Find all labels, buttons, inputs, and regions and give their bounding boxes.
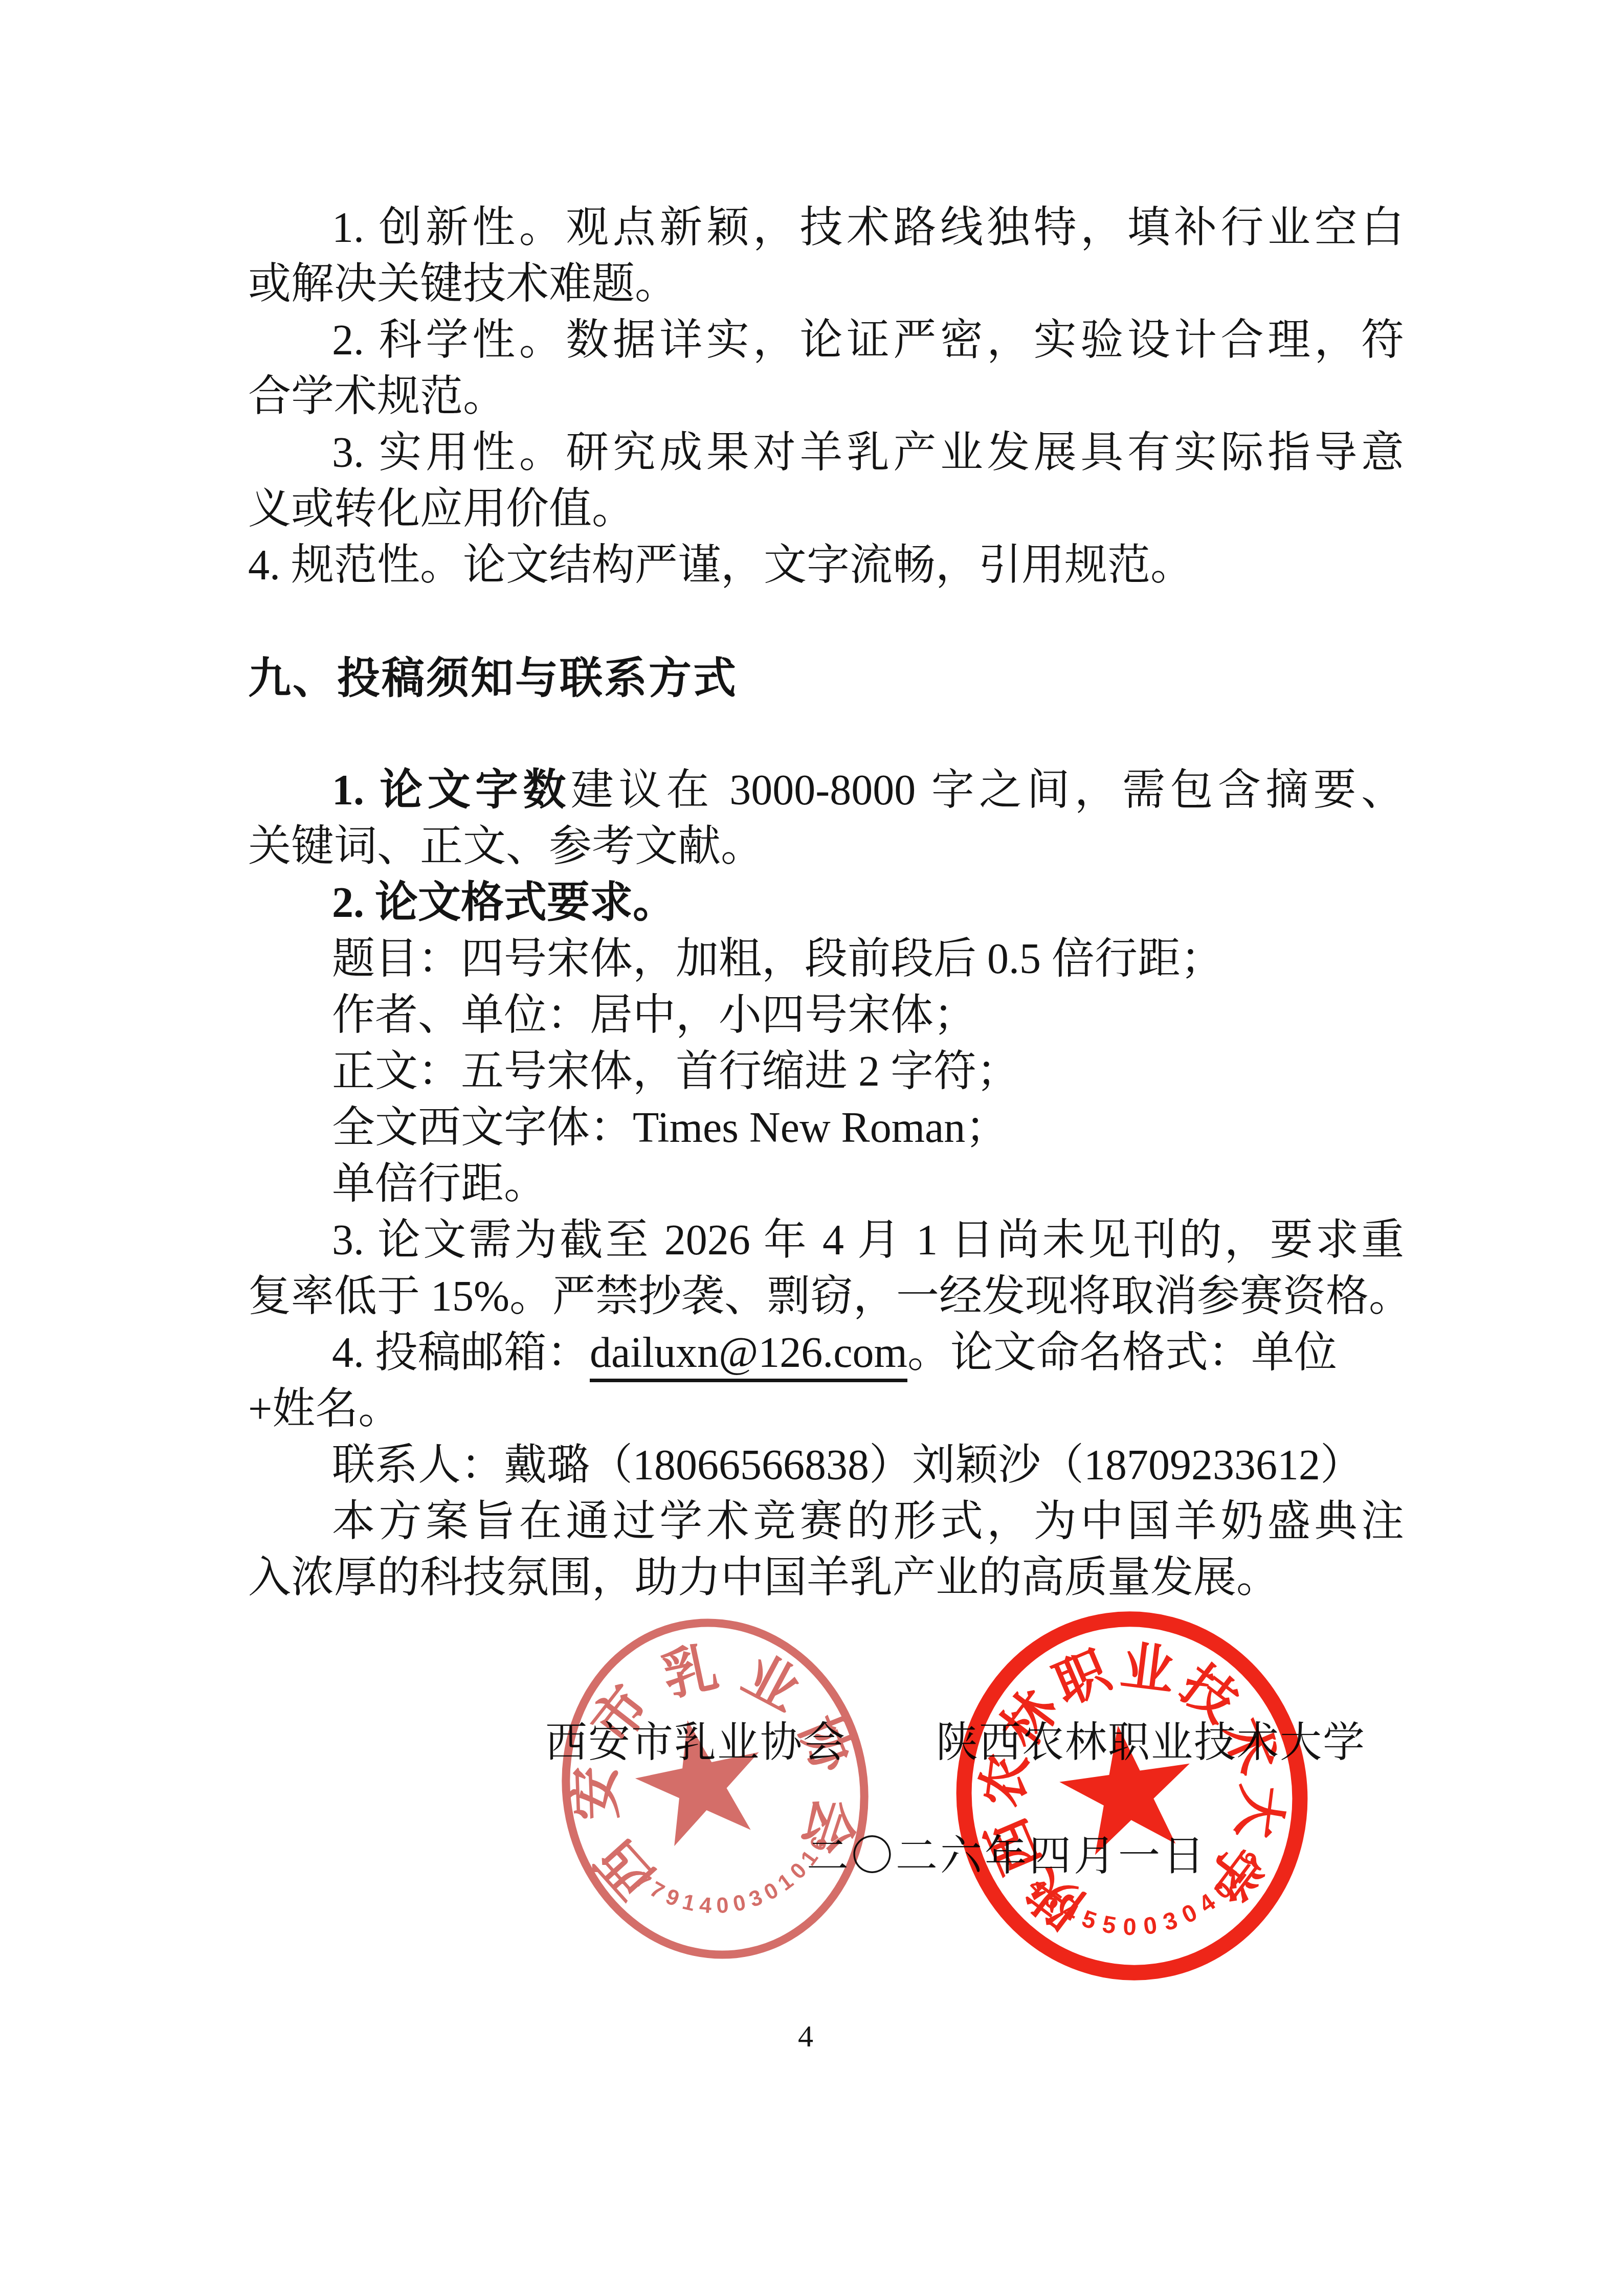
svg-text:0: 0 xyxy=(716,1893,729,1918)
notice-line-3: 2. 论文格式要求。 xyxy=(248,875,1404,931)
notice-line-2: 关键词、正文、参考文献。 xyxy=(248,819,1404,875)
notice-line-11-post: 。论文命名格式：单位 xyxy=(907,1329,1337,1377)
svg-text:安: 安 xyxy=(564,1765,627,1821)
criteria-line-6: 义或转化应用价值。 xyxy=(248,481,1404,537)
criteria-line-3: 2. 科学性。数据详实，论证严密，实验设计合理，符 xyxy=(248,312,1404,369)
notice-line-10: 复率低于 15%。严禁抄袭、剽窃，一经发现将取消参赛资格。 xyxy=(248,1269,1404,1325)
document-text-block: 1. 创新性。观点新颖，技术路线独特，填补行业空白 或解决关键技术难题。 2. … xyxy=(248,200,1404,1606)
notice-line-1-rest: 建议在 3000-8000 字之间，需包含摘要、 xyxy=(571,767,1404,814)
submission-email: dailuxn@126.com xyxy=(590,1329,907,1382)
notice-line-4: 题目：四号宋体，加粗，段前段后 0.5 倍行距； xyxy=(248,931,1404,987)
svg-text:5: 5 xyxy=(1100,1910,1118,1939)
svg-text:0: 0 xyxy=(1123,1913,1137,1940)
stamp-shaanxi-agriculture-forestry-university: 陕西农林职业技术大学 6104030055454 xyxy=(908,1566,1355,2025)
criteria-line-4: 合学术规范。 xyxy=(248,369,1404,425)
notice-line-11-pre: 4. 投稿邮箱： xyxy=(332,1329,590,1377)
notice-line-1-bold: 1. 论文字数 xyxy=(332,767,571,814)
notice-line-7: 全文西文字体：Times New Roman； xyxy=(248,1100,1404,1156)
svg-text:0: 0 xyxy=(1177,1898,1202,1928)
criteria-line-7: 4. 规范性。论文结构严谨，文字流畅，引用规范。 xyxy=(248,537,1404,594)
notice-line-1: 1. 论文字数建议在 3000-8000 字之间，需包含摘要、 xyxy=(248,762,1404,819)
svg-text:1: 1 xyxy=(680,1889,697,1916)
criteria-line-1: 1. 创新性。观点新颖，技术路线独特，填补行业空白 xyxy=(248,200,1404,256)
notice-line-12: +姓名。 xyxy=(248,1381,1404,1437)
page-number: 4 xyxy=(754,2016,857,2057)
svg-text:4: 4 xyxy=(698,1893,713,1918)
svg-text:乳: 乳 xyxy=(657,1636,723,1706)
criteria-line-2: 或解决关键技术难题。 xyxy=(248,256,1404,312)
svg-text:0: 0 xyxy=(731,1890,748,1917)
svg-text:5: 5 xyxy=(1079,1904,1100,1934)
svg-text:0: 0 xyxy=(1142,1911,1159,1940)
notice-line-6: 正文：五号宋体，首行缩进 2 字符； xyxy=(248,1044,1404,1100)
criteria-line-5: 3. 实用性。研究成果对羊乳产业发展具有实际指导意 xyxy=(248,425,1404,481)
document-page: 1. 创新性。观点新颖，技术路线独特，填补行业空白 或解决关键技术难题。 2. … xyxy=(0,0,1624,2296)
svg-text:业: 业 xyxy=(1118,1636,1177,1702)
section-heading: 九、投稿须知与联系方式 xyxy=(248,650,1404,706)
star-icon xyxy=(1053,1716,1200,1858)
closing-line-1: 本方案旨在通过学术竞赛的形式，为中国羊奶盛典注 xyxy=(248,1494,1404,1550)
svg-text:职: 职 xyxy=(1046,1640,1120,1716)
notice-line-9: 3. 论文需为截至 2026 年 4 月 1 日尚未见刊的，要求重 xyxy=(248,1212,1404,1269)
notice-line-11: 4. 投稿邮箱：dailuxn@126.com。论文命名格式：单位 xyxy=(248,1325,1404,1381)
svg-text:大: 大 xyxy=(1226,1782,1292,1841)
contact-line: 联系人：戴璐（18066566838）刘颖沙（18709233612） xyxy=(248,1437,1404,1494)
svg-text:3: 3 xyxy=(1160,1906,1180,1935)
notice-line-5: 作者、单位：居中，小四号宋体； xyxy=(248,987,1404,1044)
notice-line-8: 单倍行距。 xyxy=(248,1156,1404,1212)
svg-text:农: 农 xyxy=(972,1750,1038,1810)
svg-text:协: 协 xyxy=(788,1707,865,1782)
stamp-xian-dairy-association: 西安市乳业协会 6101030041977 xyxy=(500,1562,931,2016)
